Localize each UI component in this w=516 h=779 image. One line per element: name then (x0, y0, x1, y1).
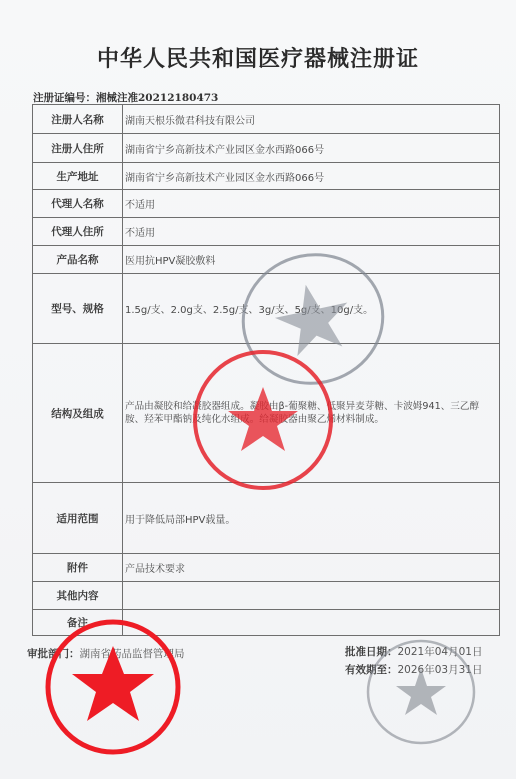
field-value: 用于降低局部HPV载量。 (123, 483, 500, 554)
approval-date: 批准日期：2021年04月01日 (345, 643, 482, 661)
field-value: 湖南省宁乡高新技术产业园区金水西路066号 (123, 163, 500, 190)
table-row: 代理人名称不适用 (33, 190, 500, 218)
field-label: 代理人名称 (33, 190, 123, 218)
field-label: 附件 (33, 554, 123, 582)
field-label: 注册人名称 (33, 105, 123, 134)
approval-dates: 批准日期：2021年04月01日 有效期至：2026年03月31日 (345, 643, 482, 679)
approval-date-label: 批准日期： (345, 646, 398, 658)
field-value: 产品由凝胶和给凝胶器组成。凝胶由β-葡聚糖、低聚异麦芽糖、卡波姆941、三乙醇胺… (123, 344, 500, 483)
approval-department-value: 湖南省药品监督管理局 (80, 648, 185, 660)
valid-until-label: 有效期至： (345, 664, 398, 676)
field-label: 产品名称 (33, 246, 123, 274)
field-label: 备注 (33, 610, 123, 636)
table-row: 结构及组成产品由凝胶和给凝胶器组成。凝胶由β-葡聚糖、低聚异麦芽糖、卡波姆941… (33, 344, 500, 483)
table-row: 其他内容 (33, 582, 500, 610)
field-label: 生产地址 (33, 163, 123, 190)
field-label: 适用范围 (33, 483, 123, 554)
approval-department: 审批部门：湖南省药品监督管理局 (27, 646, 185, 661)
field-value: 1.5g/支、2.0g支、2.5g/支、3g/支、5g/支、10g/支。 (123, 274, 500, 344)
registration-number-label: 注册证编号： (33, 92, 96, 104)
certificate-page: 中华人民共和国医疗器械注册证 注册证编号：湘械注准20212180473 注册人… (0, 0, 516, 779)
field-value (123, 610, 500, 636)
table-row: 注册人住所湖南省宁乡高新技术产业园区金水西路066号 (33, 134, 500, 163)
certificate-title: 中华人民共和国医疗器械注册证 (0, 42, 516, 73)
registration-number: 注册证编号：湘械注准20212180473 (33, 90, 218, 105)
field-value: 湖南天根乐微君科技有限公司 (123, 105, 500, 134)
approval-date-value: 2021年04月01日 (398, 646, 483, 658)
field-value: 产品技术要求 (123, 554, 500, 582)
field-label: 代理人住所 (33, 218, 123, 246)
field-value: 医用抗HPV凝胶敷料 (123, 246, 500, 274)
valid-until: 有效期至：2026年03月31日 (345, 661, 482, 679)
table-row: 产品名称医用抗HPV凝胶敷料 (33, 246, 500, 274)
field-value: 不适用 (123, 190, 500, 218)
table-row: 备注 (33, 610, 500, 636)
table-row: 附件产品技术要求 (33, 554, 500, 582)
field-label: 注册人住所 (33, 134, 123, 163)
table-row: 适用范围用于降低局部HPV载量。 (33, 483, 500, 554)
table-row: 代理人住所不适用 (33, 218, 500, 246)
table-row: 型号、规格1.5g/支、2.0g支、2.5g/支、3g/支、5g/支、10g/支… (33, 274, 500, 344)
field-value: 不适用 (123, 218, 500, 246)
registration-number-value: 湘械注准20212180473 (96, 92, 218, 104)
field-label: 型号、规格 (33, 274, 123, 344)
field-label: 其他内容 (33, 582, 123, 610)
field-label: 结构及组成 (33, 344, 123, 483)
table-row: 注册人名称湖南天根乐微君科技有限公司 (33, 105, 500, 134)
certificate-table: 注册人名称湖南天根乐微君科技有限公司注册人住所湖南省宁乡高新技术产业园区金水西路… (32, 104, 500, 636)
field-value (123, 582, 500, 610)
field-value: 湖南省宁乡高新技术产业园区金水西路066号 (123, 134, 500, 163)
table-row: 生产地址湖南省宁乡高新技术产业园区金水西路066号 (33, 163, 500, 190)
valid-until-value: 2026年03月31日 (398, 664, 483, 676)
approval-department-label: 审批部门： (27, 648, 80, 660)
